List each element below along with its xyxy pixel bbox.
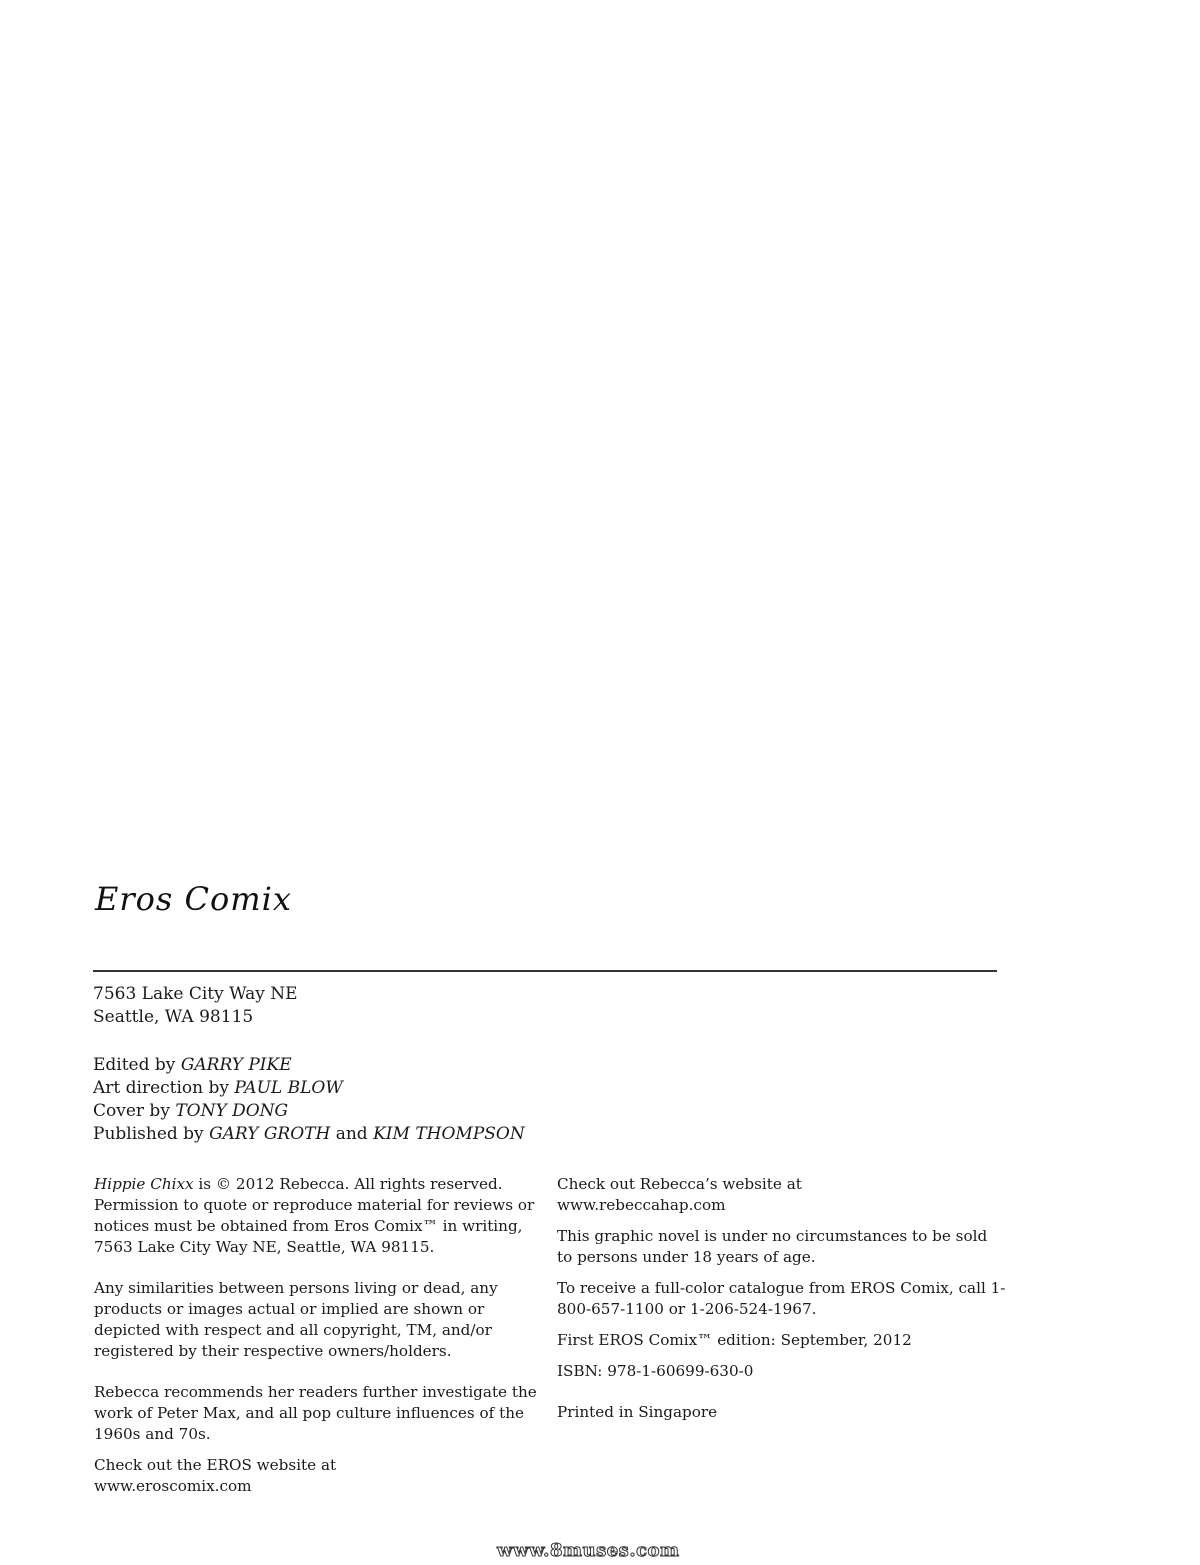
rebecca-website-link[interactable]: www.rebeccahap.com	[557, 1196, 726, 1214]
eros-website: Check out the EROS website at www.erosco…	[94, 1455, 544, 1497]
edition-notice: First EROS Comix™ edition: September, 20…	[557, 1330, 1007, 1351]
rebecca-website: Check out Rebecca’s website at www.rebec…	[557, 1174, 1007, 1216]
credits-block: Edited by GARRY PIKE Art direction by PA…	[93, 1054, 525, 1146]
book-title: Hippie Chixx	[94, 1175, 194, 1193]
similarities-notice: Any similarities between persons living …	[94, 1278, 544, 1362]
publisher-address: 7563 Lake City Way NE Seattle, WA 98115	[93, 983, 298, 1029]
address-line-2: Seattle, WA 98115	[93, 1006, 298, 1029]
legal-column-left: Hippie Chixx is © 2012 Rebecca. All righ…	[94, 1174, 544, 1497]
printed-notice: Printed in Singapore	[557, 1402, 1007, 1423]
recommendation-notice: Rebecca recommends her readers further i…	[94, 1382, 544, 1445]
credit-cover: Cover by TONY DONG	[93, 1100, 525, 1123]
credit-art-direction: Art direction by PAUL BLOW	[93, 1077, 525, 1100]
divider-rule	[93, 970, 997, 972]
isbn: ISBN: 978-1-60699-630-0	[557, 1361, 1007, 1382]
age-notice: This graphic novel is under no circumsta…	[557, 1226, 1007, 1268]
legal-column-right: Check out Rebecca’s website at www.rebec…	[557, 1174, 1007, 1423]
credit-publishers: Published by GARY GROTH and KIM THOMPSON	[93, 1123, 525, 1146]
publisher-logo: Eros Comix	[95, 880, 292, 918]
credit-editor: Edited by GARRY PIKE	[93, 1054, 525, 1077]
address-line-1: 7563 Lake City Way NE	[93, 983, 298, 1006]
watermark: www.8muses.com	[497, 1540, 680, 1561]
catalogue-notice: To receive a full-color catalogue from E…	[557, 1278, 1007, 1320]
eros-website-link[interactable]: www.eroscomix.com	[94, 1477, 252, 1495]
copyright-notice: Hippie Chixx is © 2012 Rebecca. All righ…	[94, 1174, 544, 1258]
